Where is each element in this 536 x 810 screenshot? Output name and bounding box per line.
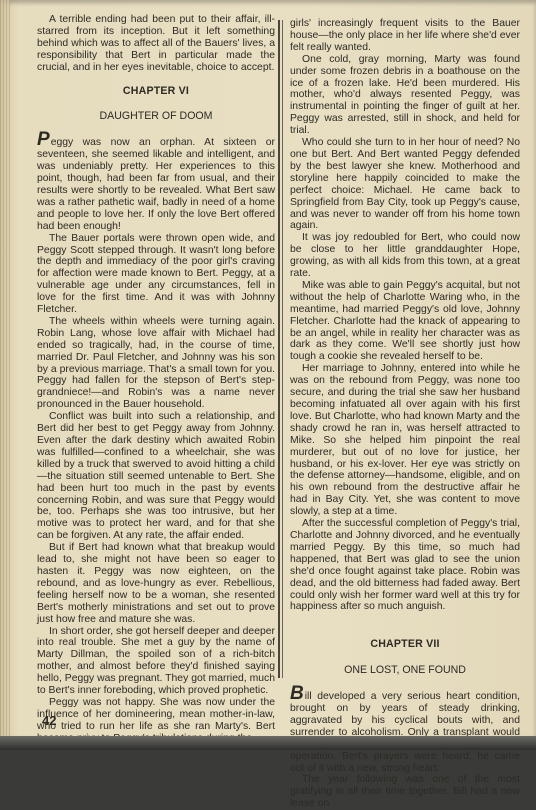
paragraph: But if Bert had known what that breakup …: [37, 542, 275, 625]
paragraph: Conflict was built into such a relations…: [37, 411, 275, 542]
chapter-title: ONE LOST, ONE FOUND: [290, 665, 520, 677]
chapter-heading: CHAPTER VI: [37, 86, 275, 98]
page-number: 42: [42, 713, 56, 728]
chapter-heading: CHAPTER VII: [290, 639, 520, 651]
right-column: girls' increasingly frequent visits to t…: [290, 18, 520, 750]
paragraph: One cold, gray morning, Marty was found …: [290, 54, 520, 137]
magazine-page: A terrible ending had been put to their …: [0, 0, 536, 736]
paragraph: It was joy redoubled for Bert, who could…: [290, 232, 520, 280]
column-divider-rule: [278, 20, 283, 678]
drop-cap: B: [290, 683, 304, 704]
paragraph: girls' increasingly frequent visits to t…: [290, 18, 520, 54]
paragraph: Mike was able to gain Peggy's acquital, …: [290, 280, 520, 363]
paragraph: The wheels within wheels were turning ag…: [37, 316, 275, 411]
page-shadow-edge: [0, 736, 536, 750]
paragraph: A terrible ending had been put to their …: [37, 14, 275, 74]
paragraph: In short order, she got herself deeper a…: [37, 626, 275, 697]
paragraph: The Bauer portals were thrown open wide,…: [37, 233, 275, 316]
paragraph: Her marriage to Johnny, entered into whi…: [290, 363, 520, 518]
paragraph: Peggy was now an orphan. At sixteen or s…: [37, 135, 275, 232]
chapter-title: DAUGHTER OF DOOM: [37, 111, 275, 123]
drop-cap: P: [37, 129, 50, 150]
paragraph: Who could she turn to in her hour of nee…: [290, 137, 520, 232]
left-column: A terrible ending had been put to their …: [37, 14, 275, 745]
paragraph: After the successful completion of Peggy…: [290, 518, 520, 613]
